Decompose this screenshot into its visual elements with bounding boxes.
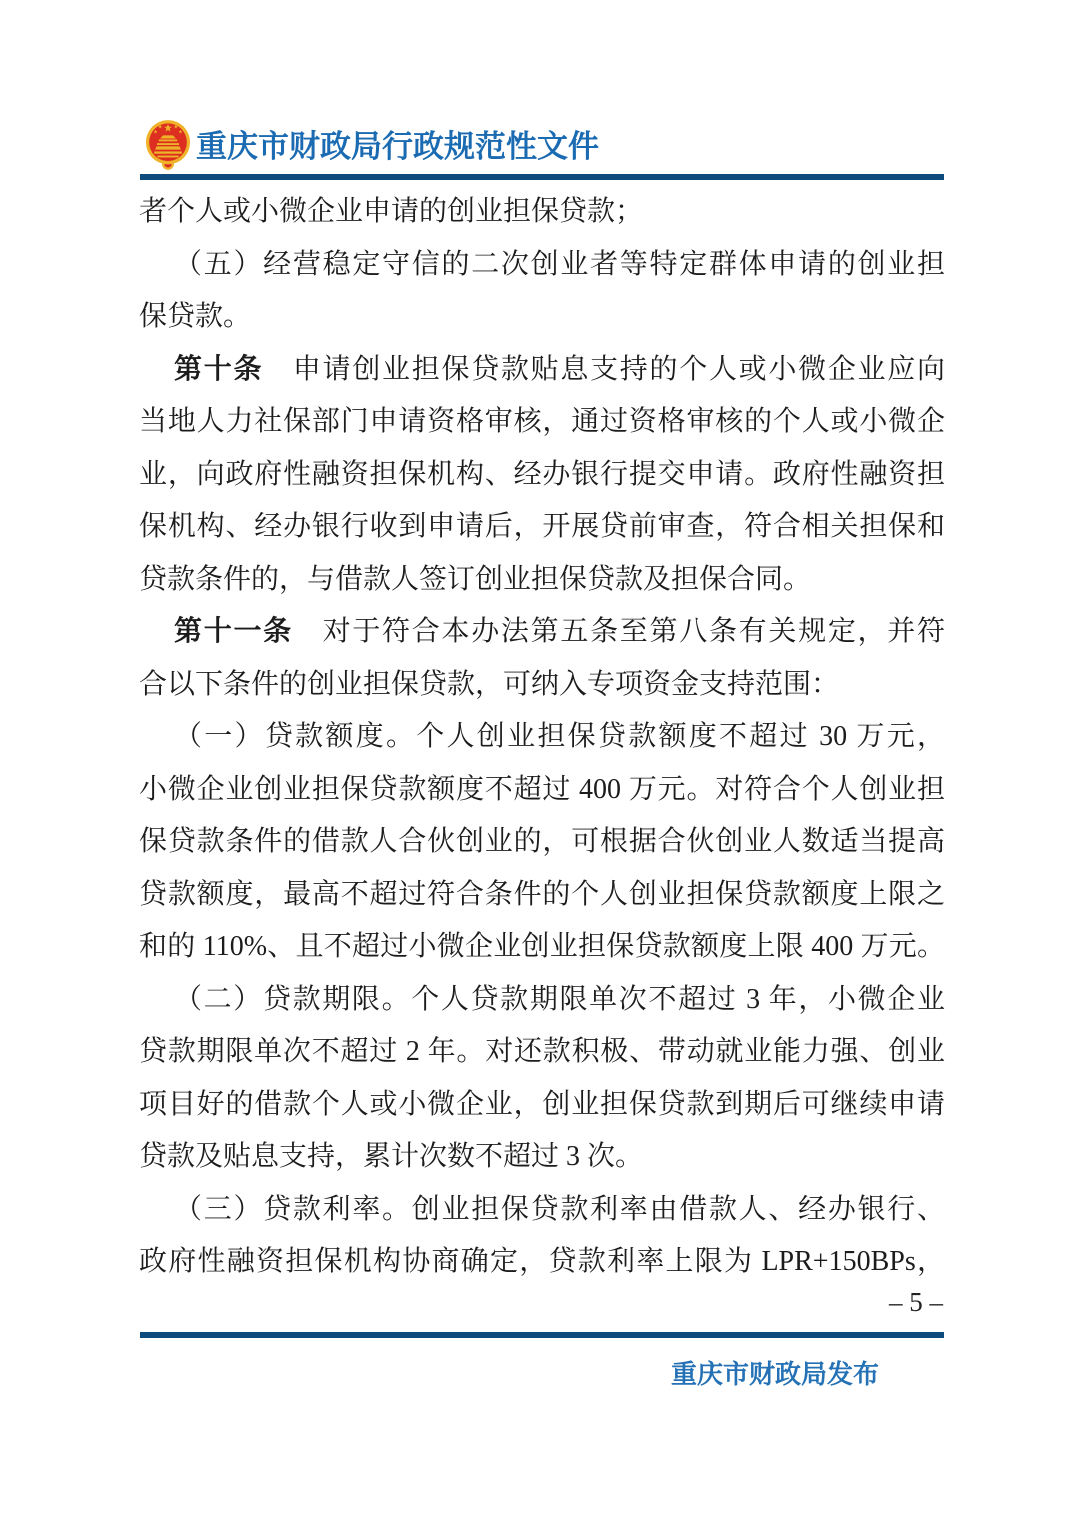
- body-text-line: 者个人或小微企业申请的创业担保贷款；: [139, 186, 945, 239]
- header-title: 重庆市财政局行政规范性文件: [196, 129, 599, 165]
- body-text-line: （二）贷款期限。个人贷款期限单次不超过 3 年，小微企业: [139, 974, 945, 1027]
- body-text-line: 第十一条 对于符合本办法第五条至第八条有关规定，并符: [139, 606, 945, 659]
- body-text-line: 贷款及贴息支持，累计次数不超过 3 次。: [139, 1131, 945, 1184]
- body-text-line: 和的 110%、且不超过小微企业创业担保贷款额度上限 400 万元。: [139, 921, 945, 974]
- body-text-line: 业，向政府性融资担保机构、经办银行提交申请。政府性融资担: [139, 449, 945, 502]
- document-page: 重庆市财政局行政规范性文件 者个人或小微企业申请的创业担保贷款；（五）经营稳定守…: [0, 0, 1074, 1520]
- body-text-line: （三）贷款利率。创业担保贷款利率由借款人、经办银行、: [139, 1184, 945, 1237]
- body-text-line: 当地人力社保部门申请资格审核，通过资格审核的个人或小微企: [139, 396, 945, 449]
- publisher-label: 重庆市财政局发布: [671, 1358, 879, 1392]
- body-text-line: 保贷款。: [139, 291, 945, 344]
- body-text-line: 项目好的借款个人或小微企业，创业担保贷款到期后可继续申请: [139, 1079, 945, 1132]
- body-text-line: 合以下条件的创业担保贷款，可纳入专项资金支持范围：: [139, 659, 945, 712]
- page-number: – 5 –: [139, 1285, 943, 1319]
- body-text-line: 贷款额度，最高不超过符合条件的个人创业担保贷款额度上限之: [139, 869, 945, 922]
- document-body: 者个人或小微企业申请的创业担保贷款；（五）经营稳定守信的二次创业者等特定群体申请…: [139, 186, 945, 1289]
- body-text-line: （五）经营稳定守信的二次创业者等特定群体申请的创业担: [139, 239, 945, 292]
- footer-divider: [140, 1332, 944, 1338]
- body-text-line: 第十条 申请创业担保贷款贴息支持的个人或小微企业应向: [139, 344, 945, 397]
- body-text-line: 保贷款条件的借款人合伙创业的，可根据合伙创业人数适当提高: [139, 816, 945, 869]
- body-text-line: 保机构、经办银行收到申请后，开展贷前审查，符合相关担保和: [139, 501, 945, 554]
- national-emblem-icon: [145, 119, 191, 171]
- body-text-line: 政府性融资担保机构协商确定，贷款利率上限为 LPR+150BPs，: [139, 1236, 945, 1289]
- body-text-line: （一）贷款额度。个人创业担保贷款额度不超过 30 万元，: [139, 711, 945, 764]
- body-text-line: 贷款条件的，与借款人签订创业担保贷款及担保合同。: [139, 554, 945, 607]
- body-text-line: 贷款期限单次不超过 2 年。对还款积极、带动就业能力强、创业: [139, 1026, 945, 1079]
- header-divider: [140, 174, 944, 180]
- body-text-line: 小微企业创业担保贷款额度不超过 400 万元。对符合个人创业担: [139, 764, 945, 817]
